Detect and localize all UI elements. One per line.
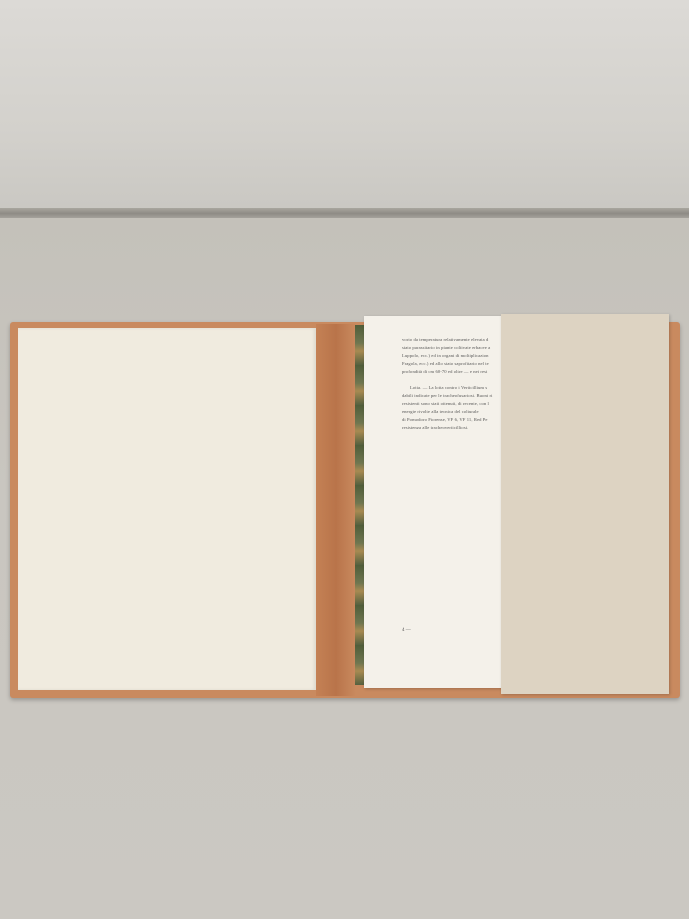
folder-spine [316, 324, 356, 696]
page-number: 4 — [402, 628, 411, 633]
left-inner-page [18, 328, 316, 690]
beige-card [501, 314, 669, 694]
wall-background [0, 0, 689, 215]
printed-text-page: vorio da temperatura relativamente eleva… [364, 316, 524, 688]
